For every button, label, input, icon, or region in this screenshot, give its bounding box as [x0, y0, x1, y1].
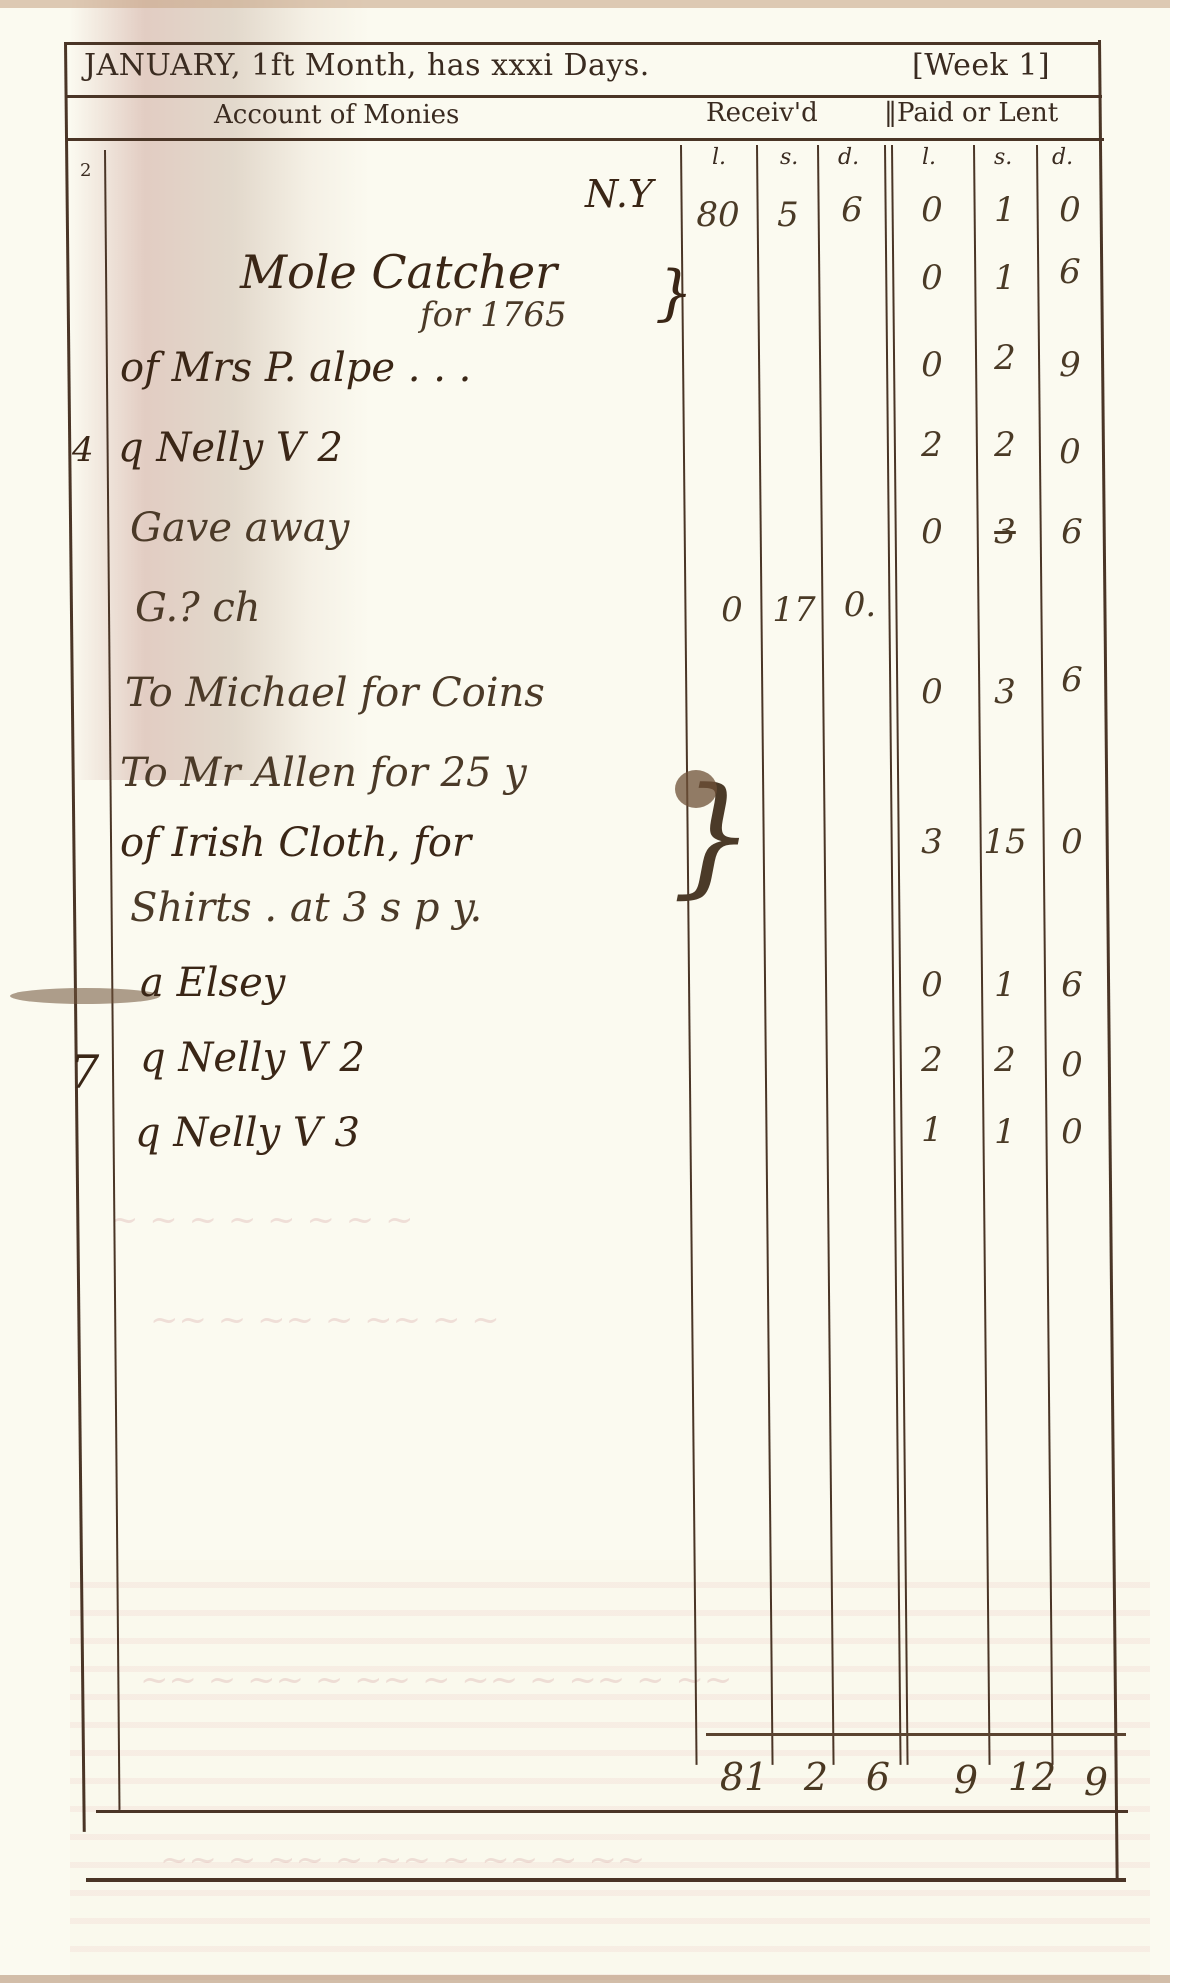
entry-text: Gave away: [130, 505, 349, 551]
paid-pounds: 3: [902, 822, 962, 862]
received-shillings: 17: [764, 590, 824, 630]
entry-text-line2: for 1765: [420, 295, 567, 335]
received-pounds-head: l.: [712, 145, 726, 170]
received-pounds: 80: [688, 195, 748, 235]
footer-rule-2: [86, 1878, 1126, 1882]
date-margin-line: [104, 150, 120, 1810]
frame-left-border: [64, 42, 86, 1832]
paid-pounds: 0: [902, 190, 962, 230]
header-top-rule: [66, 42, 1100, 45]
entry-text: q Nelly V 2: [118, 425, 343, 471]
paid-shillings: 15: [975, 822, 1035, 862]
entry-text: N.Y: [585, 172, 653, 216]
received-ls-line: [756, 145, 774, 1765]
paid-pence: 6: [1042, 965, 1102, 1005]
paid-shillings-head: s.: [994, 145, 1012, 170]
page-bottom-edge: [0, 1975, 1197, 1983]
ink-smear: [10, 988, 160, 1004]
header-bottom-rule: [66, 138, 1104, 141]
paid-pounds-head: l.: [922, 145, 936, 170]
received-label: Receiv'd: [706, 98, 818, 128]
paid-pence: 6: [1040, 252, 1100, 292]
bleed-through-text: ~~ ~ ~~ ~ ~~ ~ ~~ ~ ~~: [160, 1840, 645, 1880]
total-paid-pence: 9: [1066, 1760, 1126, 1804]
entry-text: q Nelly V 3: [135, 1110, 360, 1156]
paid-or-lent-label: ‖Paid or Lent: [884, 98, 1058, 128]
paid-pounds: 0: [902, 512, 962, 552]
entry-text: G.? ch: [135, 585, 261, 631]
received-shillings-head: s.: [780, 145, 798, 170]
brace-icon: }: [655, 258, 693, 328]
entry-text: a Elsey: [140, 960, 285, 1006]
paid-pence-head: d.: [1052, 145, 1073, 170]
total-underline: [706, 1733, 1126, 1736]
paid-pounds: 0: [902, 672, 962, 712]
day-number: 2: [80, 160, 91, 181]
bleed-through-text: ~~ ~ ~~ ~ ~~ ~ ~~ ~ ~~ ~ ~~: [140, 1660, 732, 1700]
day-number: 7: [70, 1045, 99, 1099]
ink-blot: [675, 770, 717, 808]
paid-shillings: 2: [975, 338, 1035, 378]
total-paid-shillings: 12: [1002, 1755, 1062, 1799]
received-pence: 0.: [830, 585, 890, 625]
entry-text-line2: of Irish Cloth, for: [120, 820, 471, 866]
paid-pence: 0: [1042, 1045, 1102, 1085]
total-received-pence: 6: [848, 1755, 908, 1799]
entry-text-line3: Shirts . at 3 s p y.: [130, 885, 482, 931]
bleed-through-text: ~~ ~ ~~ ~ ~~ ~ ~: [150, 1300, 500, 1340]
paid-shillings: 2: [975, 1040, 1035, 1080]
entry-text: To Michael for Coins: [125, 670, 545, 716]
paid-pounds: 2: [902, 425, 962, 465]
paid-shillings-overwritten: 3: [975, 512, 1035, 552]
total-paid-pounds: 9: [936, 1758, 996, 1802]
paid-pence: 0: [1040, 432, 1100, 472]
received-pounds: 0: [702, 590, 762, 630]
page-title: JANUARY, 1ft Month, has xxxi Days.: [84, 48, 650, 83]
entry-text: q Nelly V 2: [140, 1035, 365, 1081]
received-sd-line: [817, 145, 835, 1765]
paid-ls-line: [973, 145, 991, 1765]
paid-pence: 6: [1042, 512, 1102, 552]
bleed-through-text: ~ ~ ~ ~ ~ ~ ~ ~: [110, 1200, 414, 1240]
received-pence-head: d.: [838, 145, 859, 170]
paid-pence: 9: [1040, 345, 1100, 385]
paid-pounds: 1: [902, 1110, 962, 1150]
frame-right-border: [1098, 40, 1119, 1880]
account-of-monies-label: Account of Monies: [214, 100, 459, 130]
paid-pounds: 0: [902, 258, 962, 298]
received-pence: 6: [822, 190, 882, 230]
paid-pence: 0: [1040, 190, 1100, 230]
entry-text: Mole Catcher: [240, 245, 557, 299]
paid-shillings: 1: [975, 190, 1035, 230]
paid-shillings: 1: [975, 1112, 1035, 1152]
paid-shillings: 2: [975, 425, 1035, 465]
received-left-line: [680, 145, 698, 1765]
day-number: 4: [72, 430, 94, 470]
paid-pence: 0: [1042, 1112, 1102, 1152]
paid-pounds: 0: [902, 345, 962, 385]
total-received-pounds: 81: [714, 1755, 774, 1799]
page-right-margin: [1170, 0, 1197, 1983]
footer-rule-1: [96, 1810, 1128, 1813]
entry-text: To Mr Allen for 25 y: [120, 750, 527, 796]
paid-pounds: 2: [902, 1040, 962, 1080]
paid-pence: 0: [1042, 822, 1102, 862]
paid-pounds: 0: [902, 965, 962, 1005]
paid-shillings: 3: [975, 672, 1035, 712]
received-shillings: 5: [758, 195, 818, 235]
total-received-shillings: 2: [786, 1755, 846, 1799]
paid-pence: 6: [1042, 660, 1102, 700]
paid-shillings: 1: [975, 258, 1035, 298]
page-top-edge: [0, 0, 1197, 8]
week-label: [Week 1]: [912, 48, 1050, 83]
paid-shillings: 1: [975, 965, 1035, 1005]
entry-text: of Mrs P. alpe . . .: [120, 345, 471, 391]
paid-sd-line: [1036, 145, 1054, 1765]
